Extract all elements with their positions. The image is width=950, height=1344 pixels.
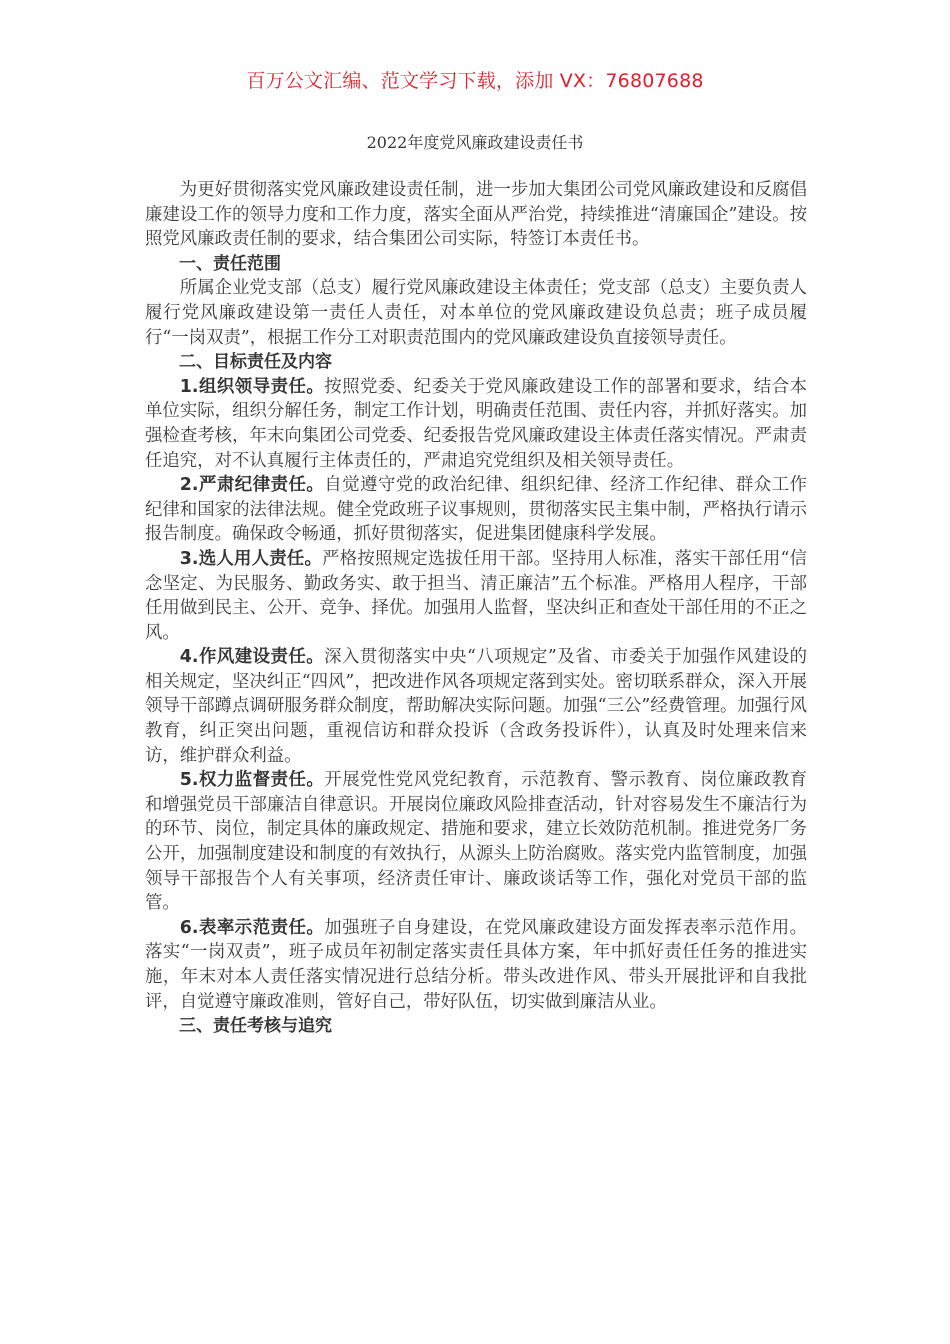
item-lead: 4.作风建设责任。 (180, 647, 324, 667)
document-body: 为更好贯彻落实党风廉政建设责任制，进一步加大集团公司党风廉政建设和反腐倡廉建设工… (145, 178, 807, 1039)
item-discipline: 2.严肃纪律责任。自觉遵守党的政治纪律、组织纪律、经济工作纪律、群众工作纪律和国… (145, 473, 807, 547)
intro-paragraph: 为更好贯彻落实党风廉政建设责任制，进一步加大集团公司党风廉政建设和反腐倡廉建设工… (145, 178, 807, 252)
scope-paragraph: 所属企业党支部（总支）履行党风廉政建设主体责任；党支部（总支）主要负责人履行党风… (145, 276, 807, 350)
item-personnel: 3.选人用人责任。严格按照规定选拔任用干部。坚持用人标准，落实干部任用“信念坚定… (145, 547, 807, 645)
item-power-supervision: 5.权力监督责任。开展党性党风党纪教育，示范教育、警示教育、岗位廉政教育和增强党… (145, 768, 807, 916)
document-page: 百万公文汇编、范文学习下载，添加 VX：76807688 2022年度党风廉政建… (0, 0, 950, 1344)
item-lead: 6.表率示范责任。 (180, 918, 325, 938)
item-lead: 2.严肃纪律责任。 (180, 475, 325, 495)
item-exemplary: 6.表率示范责任。加强班子自身建设，在党风廉政建设方面发挥表率示范作用。落实“一… (145, 916, 807, 1014)
promo-banner: 百万公文汇编、范文学习下载，添加 VX：76807688 (0, 66, 950, 93)
document-title: 2022年度党风廉政建设责任书 (0, 130, 950, 153)
item-text: 开展党性党风党纪教育，示范教育、警示教育、岗位廉政教育和增强党员干部廉洁自律意识… (145, 770, 807, 913)
item-work-style: 4.作风建设责任。深入贯彻落实中央“八项规定”及省、市委关于加强作风建设的相关规… (145, 645, 807, 768)
item-lead: 5.权力监督责任。 (180, 770, 325, 790)
section-heading-targets: 二、目标责任及内容 (145, 350, 807, 375)
item-lead: 1.组织领导责任。 (180, 377, 325, 397)
section-heading-assessment: 三、责任考核与追究 (145, 1014, 807, 1039)
item-lead: 3.选人用人责任。 (180, 549, 322, 569)
item-organization-leadership: 1.组织领导责任。按照党委、纪委关于党风廉政建设工作的部署和要求，结合本单位实际… (145, 375, 807, 473)
section-heading-scope: 一、责任范围 (145, 252, 807, 277)
